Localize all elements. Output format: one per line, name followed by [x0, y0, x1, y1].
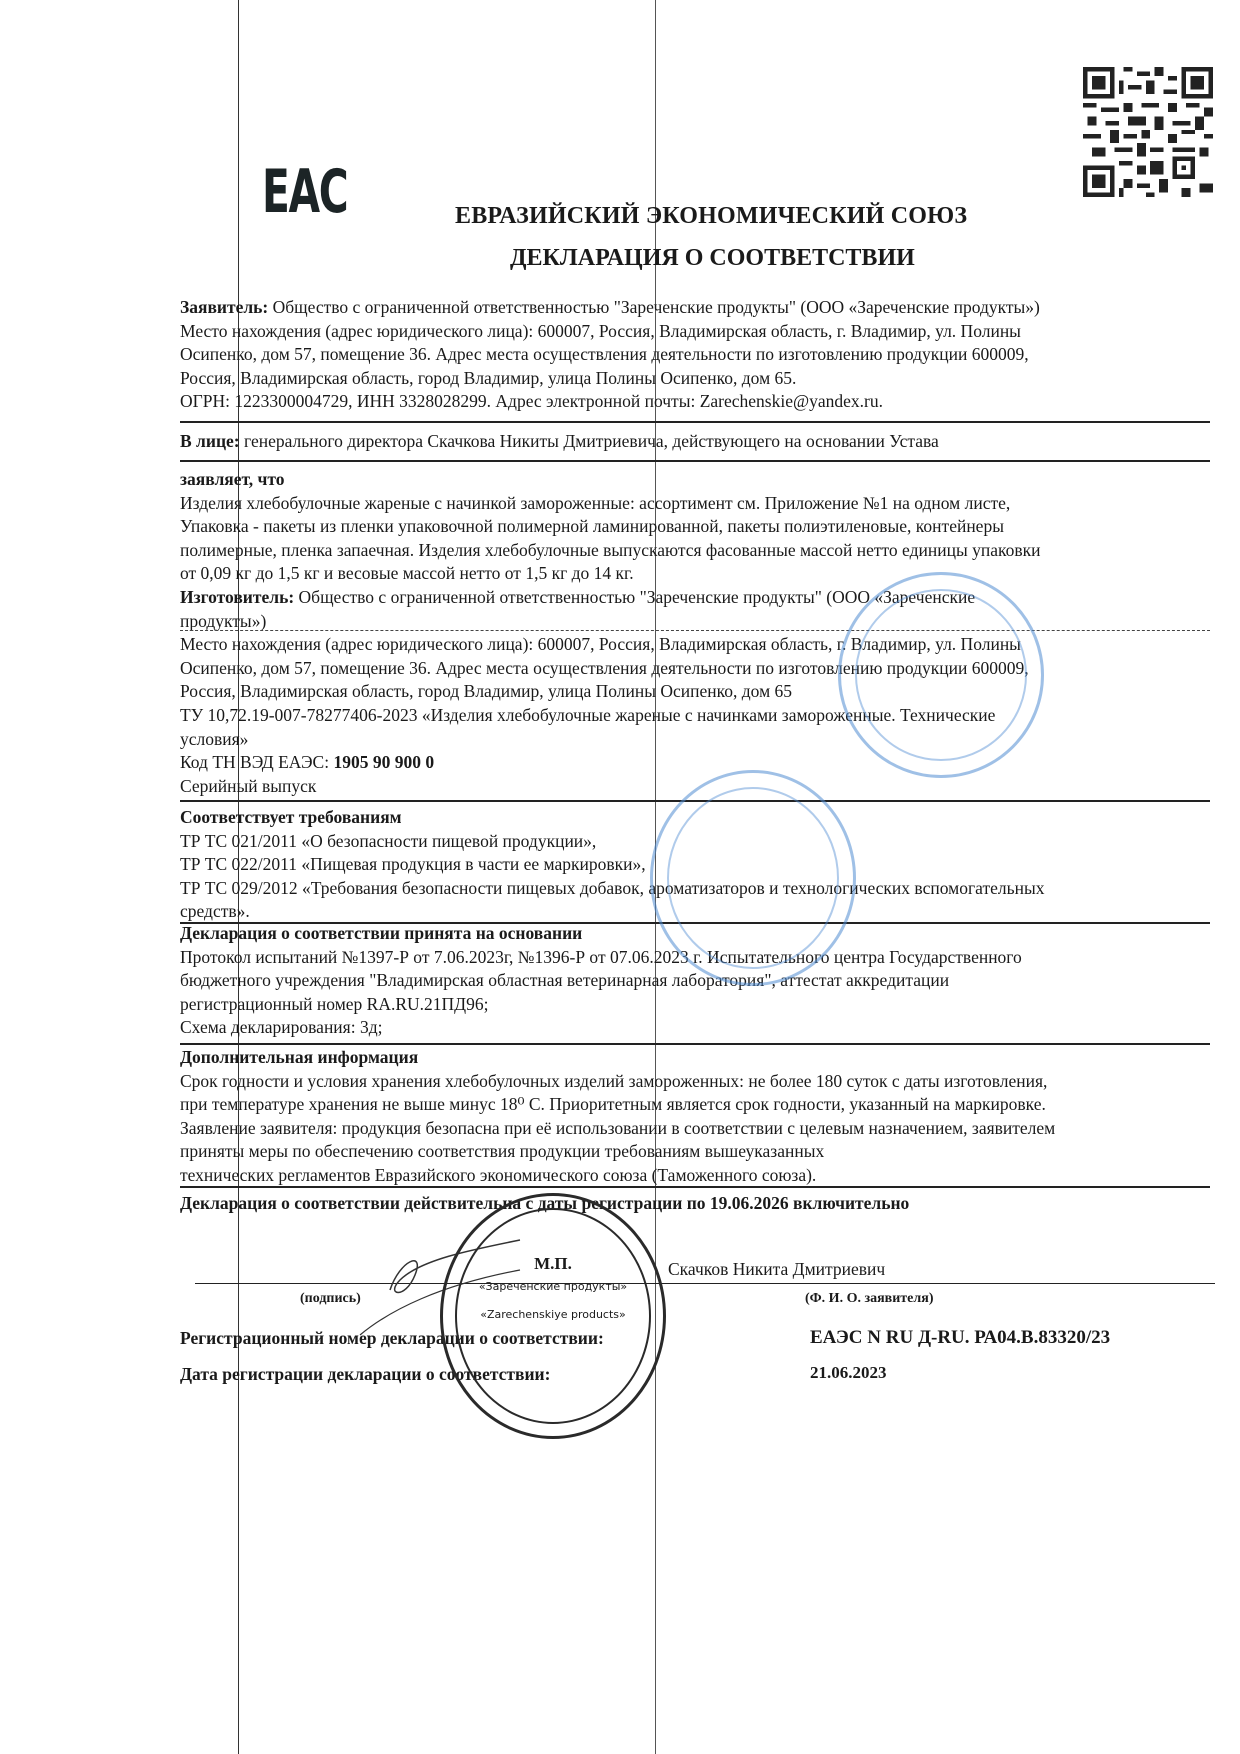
union-title: ЕВРАЗИЙСКИЙ ЭКОНОМИЧЕСКИЙ СОЮЗ	[455, 203, 967, 230]
divider	[180, 1186, 1210, 1188]
basis-line: бюджетного учреждения "Владимирская обла…	[180, 969, 1190, 993]
production-type: Серийный выпуск	[180, 775, 1190, 799]
registration-date-label: Дата регистрации декларации о соответств…	[180, 1363, 1190, 1387]
additional-label: Дополнительная информация	[180, 1046, 1190, 1070]
signer-name: Скачков Никита Дмитриевич	[668, 1258, 1240, 1282]
representative-label: В лице:	[180, 431, 240, 451]
additional-line: приняты меры по обеспечению соответствия…	[180, 1140, 1190, 1164]
applicant-label: Заявитель:	[180, 297, 268, 317]
document-title: ДЕКЛАРАЦИЯ О СООТВЕТСТВИИ	[510, 245, 915, 272]
blue-stamp-invoices	[838, 572, 1044, 778]
applicant-section: Заявитель: Общество с ограниченной ответ…	[180, 296, 1190, 414]
divider	[180, 421, 1210, 423]
representative-text: генерального директора Скачкова Никиты Д…	[240, 431, 939, 451]
seal-mp: М.П.	[443, 1254, 663, 1274]
declares-label: заявляет, что	[180, 468, 1190, 492]
hs-code-value: 1905 90 900 0	[333, 752, 434, 772]
manufacturer-line: условия»	[180, 728, 1190, 752]
additional-line: Срок годности и условия хранения хлебобу…	[180, 1070, 1190, 1094]
additional-line: Заявление заявителя: продукция безопасна…	[180, 1117, 1190, 1141]
signer-name-row: Скачков Никита Дмитриевич	[668, 1258, 1240, 1282]
eac-logo: EAC	[262, 162, 347, 222]
hs-code-label: Код ТН ВЭД ЕАЭС:	[180, 752, 333, 772]
qr-code-icon	[1083, 63, 1213, 201]
company-seal: М.П. «Зареченские продукты» «Zarechenski…	[440, 1193, 666, 1439]
registration-number-value: ЕАЭС N RU Д-RU. РА04.В.83320/23	[810, 1327, 1110, 1349]
basis-line: регистрационный номер RA.RU.21ПД96;	[180, 993, 1190, 1017]
manufacturer-label: Изготовитель:	[180, 587, 294, 607]
representative-section: В лице: генерального директора Скачкова …	[180, 430, 1190, 454]
divider	[180, 1043, 1210, 1045]
divider	[180, 460, 1210, 462]
declares-line: Изделия хлебобулочные жареные с начинкой…	[180, 492, 1190, 516]
applicant-line: ОГРН: 1223300004729, ИНН 3328028299. Адр…	[180, 390, 1190, 414]
applicant-line: Осипенко, дом 57, помещение 36. Адрес ме…	[180, 343, 1190, 367]
declares-section: заявляет, что Изделия хлебобулочные жаре…	[180, 468, 1190, 586]
registration-date-row: Дата регистрации декларации о соответств…	[180, 1363, 1190, 1387]
applicant-line: Россия, Владимирская область, город Влад…	[180, 367, 1190, 391]
seal-name-ru: «Зареченские продукты»	[443, 1280, 663, 1293]
name-caption: (Ф. И. О. заявителя)	[805, 1291, 933, 1307]
declaration-page: EAC ЕВРАЗИЙСКИЙ ЭКОНОМИЧЕСКИЙ СОЮЗ ДЕКЛА…	[0, 0, 1240, 1754]
additional-line: при температуре хранения не выше минус 1…	[180, 1093, 1190, 1117]
declares-line: полимерные, пленка запаечная. Изделия хл…	[180, 539, 1190, 563]
basis-line: Схема декларирования: 3д;	[180, 1016, 1190, 1040]
validity-text: Декларация о соответствии действительна …	[180, 1192, 1190, 1216]
declares-line: Упаковка - пакеты из пленки упаковочной …	[180, 515, 1190, 539]
seal-name-en: «Zarechenskiye products»	[443, 1308, 663, 1321]
applicant-line: Общество с ограниченной ответственностью…	[268, 297, 1040, 317]
additional-section: Дополнительная информация Срок годности …	[180, 1046, 1190, 1188]
additional-line: технических регламентов Евразийского эко…	[180, 1164, 1190, 1188]
applicant-line: Место нахождения (адрес юридического лиц…	[180, 320, 1190, 344]
blue-stamp-additives	[650, 770, 856, 986]
dashed-divider	[180, 630, 1210, 631]
registration-date-value: 21.06.2023	[810, 1363, 887, 1383]
declares-line: от 0,09 кг до 1,5 кг и весовые массой не…	[180, 562, 1190, 586]
validity-section: Декларация о соответствии действительна …	[180, 1192, 1190, 1216]
